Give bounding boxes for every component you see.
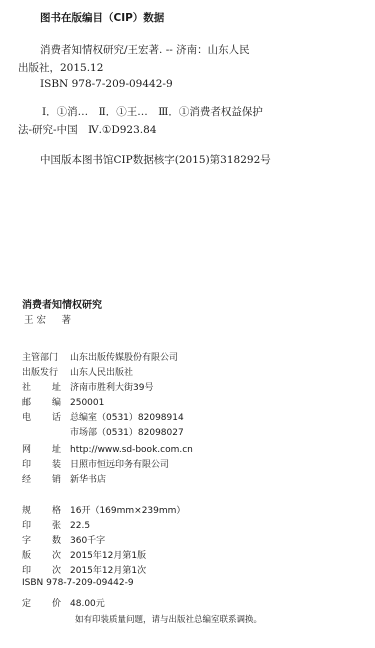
info-row-publisher: 出版发行山东人民出版社 — [22, 365, 133, 378]
info-label-b: 次 — [52, 566, 61, 576]
book-title: 消费者知情权研究 — [22, 296, 102, 311]
info-value: 360千字 — [70, 533, 105, 546]
info-value: 2015年12月第1次 — [70, 563, 146, 576]
info-label-b: 价 — [52, 599, 61, 609]
info-value: 250001 — [70, 398, 104, 408]
info-row-supervisor: 主管部门山东出版传媒股份有限公司 — [22, 350, 178, 363]
info-label-b: 次 — [52, 551, 61, 561]
info-row-address: 社址济南市胜利大街39号 — [22, 380, 153, 393]
info-label-a: 经 — [22, 472, 52, 485]
info-value: 市场部（0531）82098027 — [70, 425, 184, 438]
info-value: 2015年12月第1版 — [70, 548, 146, 561]
info-label-b: 址 — [52, 383, 61, 393]
quality-note: 如有印装质量问题，请与出版社总编室联系调换。 — [75, 613, 262, 625]
info-row-impression: 印次2015年12月第1次 — [22, 563, 146, 576]
info-value: 16开（169mm×239mm） — [70, 503, 185, 516]
info-isbn: ISBN 978-7-209-09442-9 — [22, 578, 134, 588]
info-label-b: 址 — [52, 445, 61, 455]
info-row-printer: 印装日照市恒远印务有限公司 — [22, 457, 169, 470]
cip-record-line-2: 出版社，2015.12 — [18, 60, 103, 75]
info-row-phone: 电话总编室（0531）82098914 — [22, 410, 184, 423]
info-label-b: 张 — [52, 521, 61, 531]
cip-heading: 图书在版编目（CIP）数据 — [40, 10, 164, 25]
info-row-postcode: 邮编250001 — [22, 395, 104, 408]
cip-verification-number: 中国版本图书馆CIP数据核字(2015)第318292号 — [40, 152, 271, 167]
info-label-b: 话 — [52, 413, 61, 423]
cip-isbn: ISBN 978-7-209-09442-9 — [40, 78, 173, 90]
info-value: 山东人民出版社 — [70, 365, 133, 378]
info-label: 出版发行 — [22, 365, 70, 378]
info-label-a: 印 — [22, 563, 52, 576]
website-link[interactable]: http://www.sd-book.com.cn — [70, 445, 193, 455]
cip-classification-line-2: 法-研究-中国 Ⅳ.①D923.84 — [18, 122, 157, 137]
info-row-word-count: 字数360千字 — [22, 533, 105, 546]
info-value: 48.00元 — [70, 596, 105, 609]
info-label-a: 社 — [22, 380, 52, 393]
info-row-phone-market: 市场部（0531）82098027 — [22, 425, 184, 438]
info-value: 22.5 — [70, 521, 90, 531]
info-row-website: 网址http://www.sd-book.com.cn — [22, 442, 193, 455]
info-row-distributor: 经销新华书店 — [22, 472, 106, 485]
info-row-isbn: ISBN 978-7-209-09442-9 — [22, 578, 134, 588]
info-label-a: 印 — [22, 518, 52, 531]
info-row-edition: 版次2015年12月第1版 — [22, 548, 146, 561]
info-label-b: 销 — [52, 475, 61, 485]
info-value: 日照市恒远印务有限公司 — [70, 457, 169, 470]
cip-record-line-1: 消费者知情权研究/王宏著. -- 济南：山东人民 — [40, 42, 250, 57]
info-row-price: 定价48.00元 — [22, 596, 105, 609]
info-label-b: 格 — [52, 506, 61, 516]
info-value: 总编室（0531）82098914 — [70, 410, 184, 423]
info-label: 主管部门 — [22, 350, 70, 363]
info-label-a: 邮 — [22, 395, 52, 408]
info-value: 济南市胜利大街39号 — [70, 380, 153, 393]
info-value: 新华书店 — [70, 472, 106, 485]
info-label-b: 装 — [52, 460, 61, 470]
cip-classification-line-1: Ⅰ．①消… Ⅱ．①王… Ⅲ．①消费者权益保护 — [42, 104, 263, 119]
info-label-a: 版 — [22, 548, 52, 561]
info-label-a: 字 — [22, 533, 52, 546]
info-row-sheets: 印张22.5 — [22, 518, 90, 531]
info-label-a: 网 — [22, 442, 52, 455]
info-label-a: 定 — [22, 596, 52, 609]
info-label-b: 数 — [52, 536, 61, 546]
info-label-b: 编 — [52, 398, 61, 408]
info-value: 山东出版传媒股份有限公司 — [70, 350, 178, 363]
info-label-a: 电 — [22, 410, 52, 423]
info-label-a: 印 — [22, 457, 52, 470]
info-row-format: 规格16开（169mm×239mm） — [22, 503, 185, 516]
book-author: 王宏 著 — [24, 312, 74, 326]
info-label-a: 规 — [22, 503, 52, 516]
